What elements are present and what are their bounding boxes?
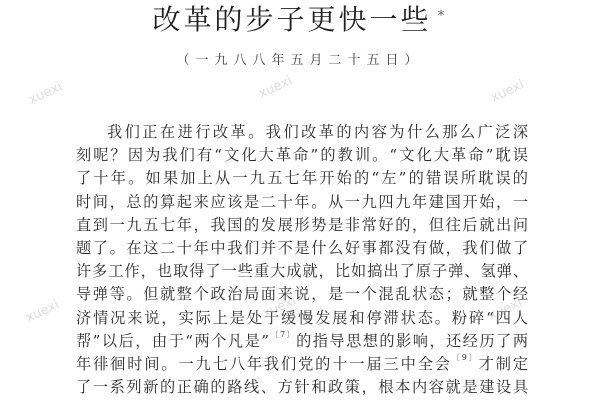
watermark: xuexi: [256, 73, 294, 101]
watermark: xuexi: [26, 79, 64, 107]
text-line: 题了。在这二十年中我们并不是什么好事都没有做，我们做了: [76, 237, 528, 260]
text-line: 导弹等。但就整个政治局面来说，是一个混乱状态；就整个经: [76, 283, 528, 306]
text-segment: 的指导思想的影响，还经历了两: [296, 332, 528, 350]
watermark: xuexi: [488, 77, 526, 105]
watermark: xuexi: [23, 297, 61, 325]
text-line: 了十年。如果加上从一九五七年开始的“左”的错误所耽误的: [76, 167, 528, 190]
title-footnote-mark: *: [438, 8, 448, 24]
text-line: 济情况来说，实际上是处于缓慢发展和停滞状态。粉碎“四人: [76, 307, 528, 330]
document-date: （一九八八年五月二十五日）: [0, 52, 600, 70]
text-line: 了一系列新的正确的路线、方针和政策，根本内容就是建设具: [76, 376, 528, 399]
text-line: 我们正在进行改革。我们改革的内容为什么那么广泛深: [76, 121, 528, 144]
document-title: 改革的步子更快一些*: [0, 3, 600, 37]
text-line: 直到一九五七年，我国的发展形势是非常好的，但往后就出问: [76, 214, 528, 237]
footnote-ref[interactable]: 〔9〕: [452, 353, 479, 362]
text-segment: 才制定: [479, 355, 528, 373]
text-line: 帮”以后，由于“两个凡是”〔7〕的指导思想的影响，还经历了两: [76, 330, 528, 353]
text-line: 年徘徊时间。一九七八年我们党的十一届三中全会〔9〕才制定: [76, 353, 528, 376]
footnote-ref[interactable]: 〔7〕: [269, 330, 296, 339]
text-segment: 帮”以后，由于“两个凡是”: [76, 332, 269, 350]
text-line: 时间，总的算起来应该是二十年。从一九四九年建国开始，一: [76, 191, 528, 214]
text-line: 刻呢？因为我们有“文化大革命”的教训。“文化大革命”耽误: [76, 144, 528, 167]
text-segment: 年徘徊时间。一九七八年我们党的十一届三中全会: [76, 355, 452, 373]
title-text: 改革的步子更快一些: [152, 3, 431, 36]
body-paragraph: 我们正在进行改革。我们改革的内容为什么那么广泛深 刻呢？因为我们有“文化大革命”…: [76, 121, 528, 399]
text-line: 许多工作，也取得了一些重大成就，比如搞出了原子弹、氢弹、: [76, 260, 528, 283]
